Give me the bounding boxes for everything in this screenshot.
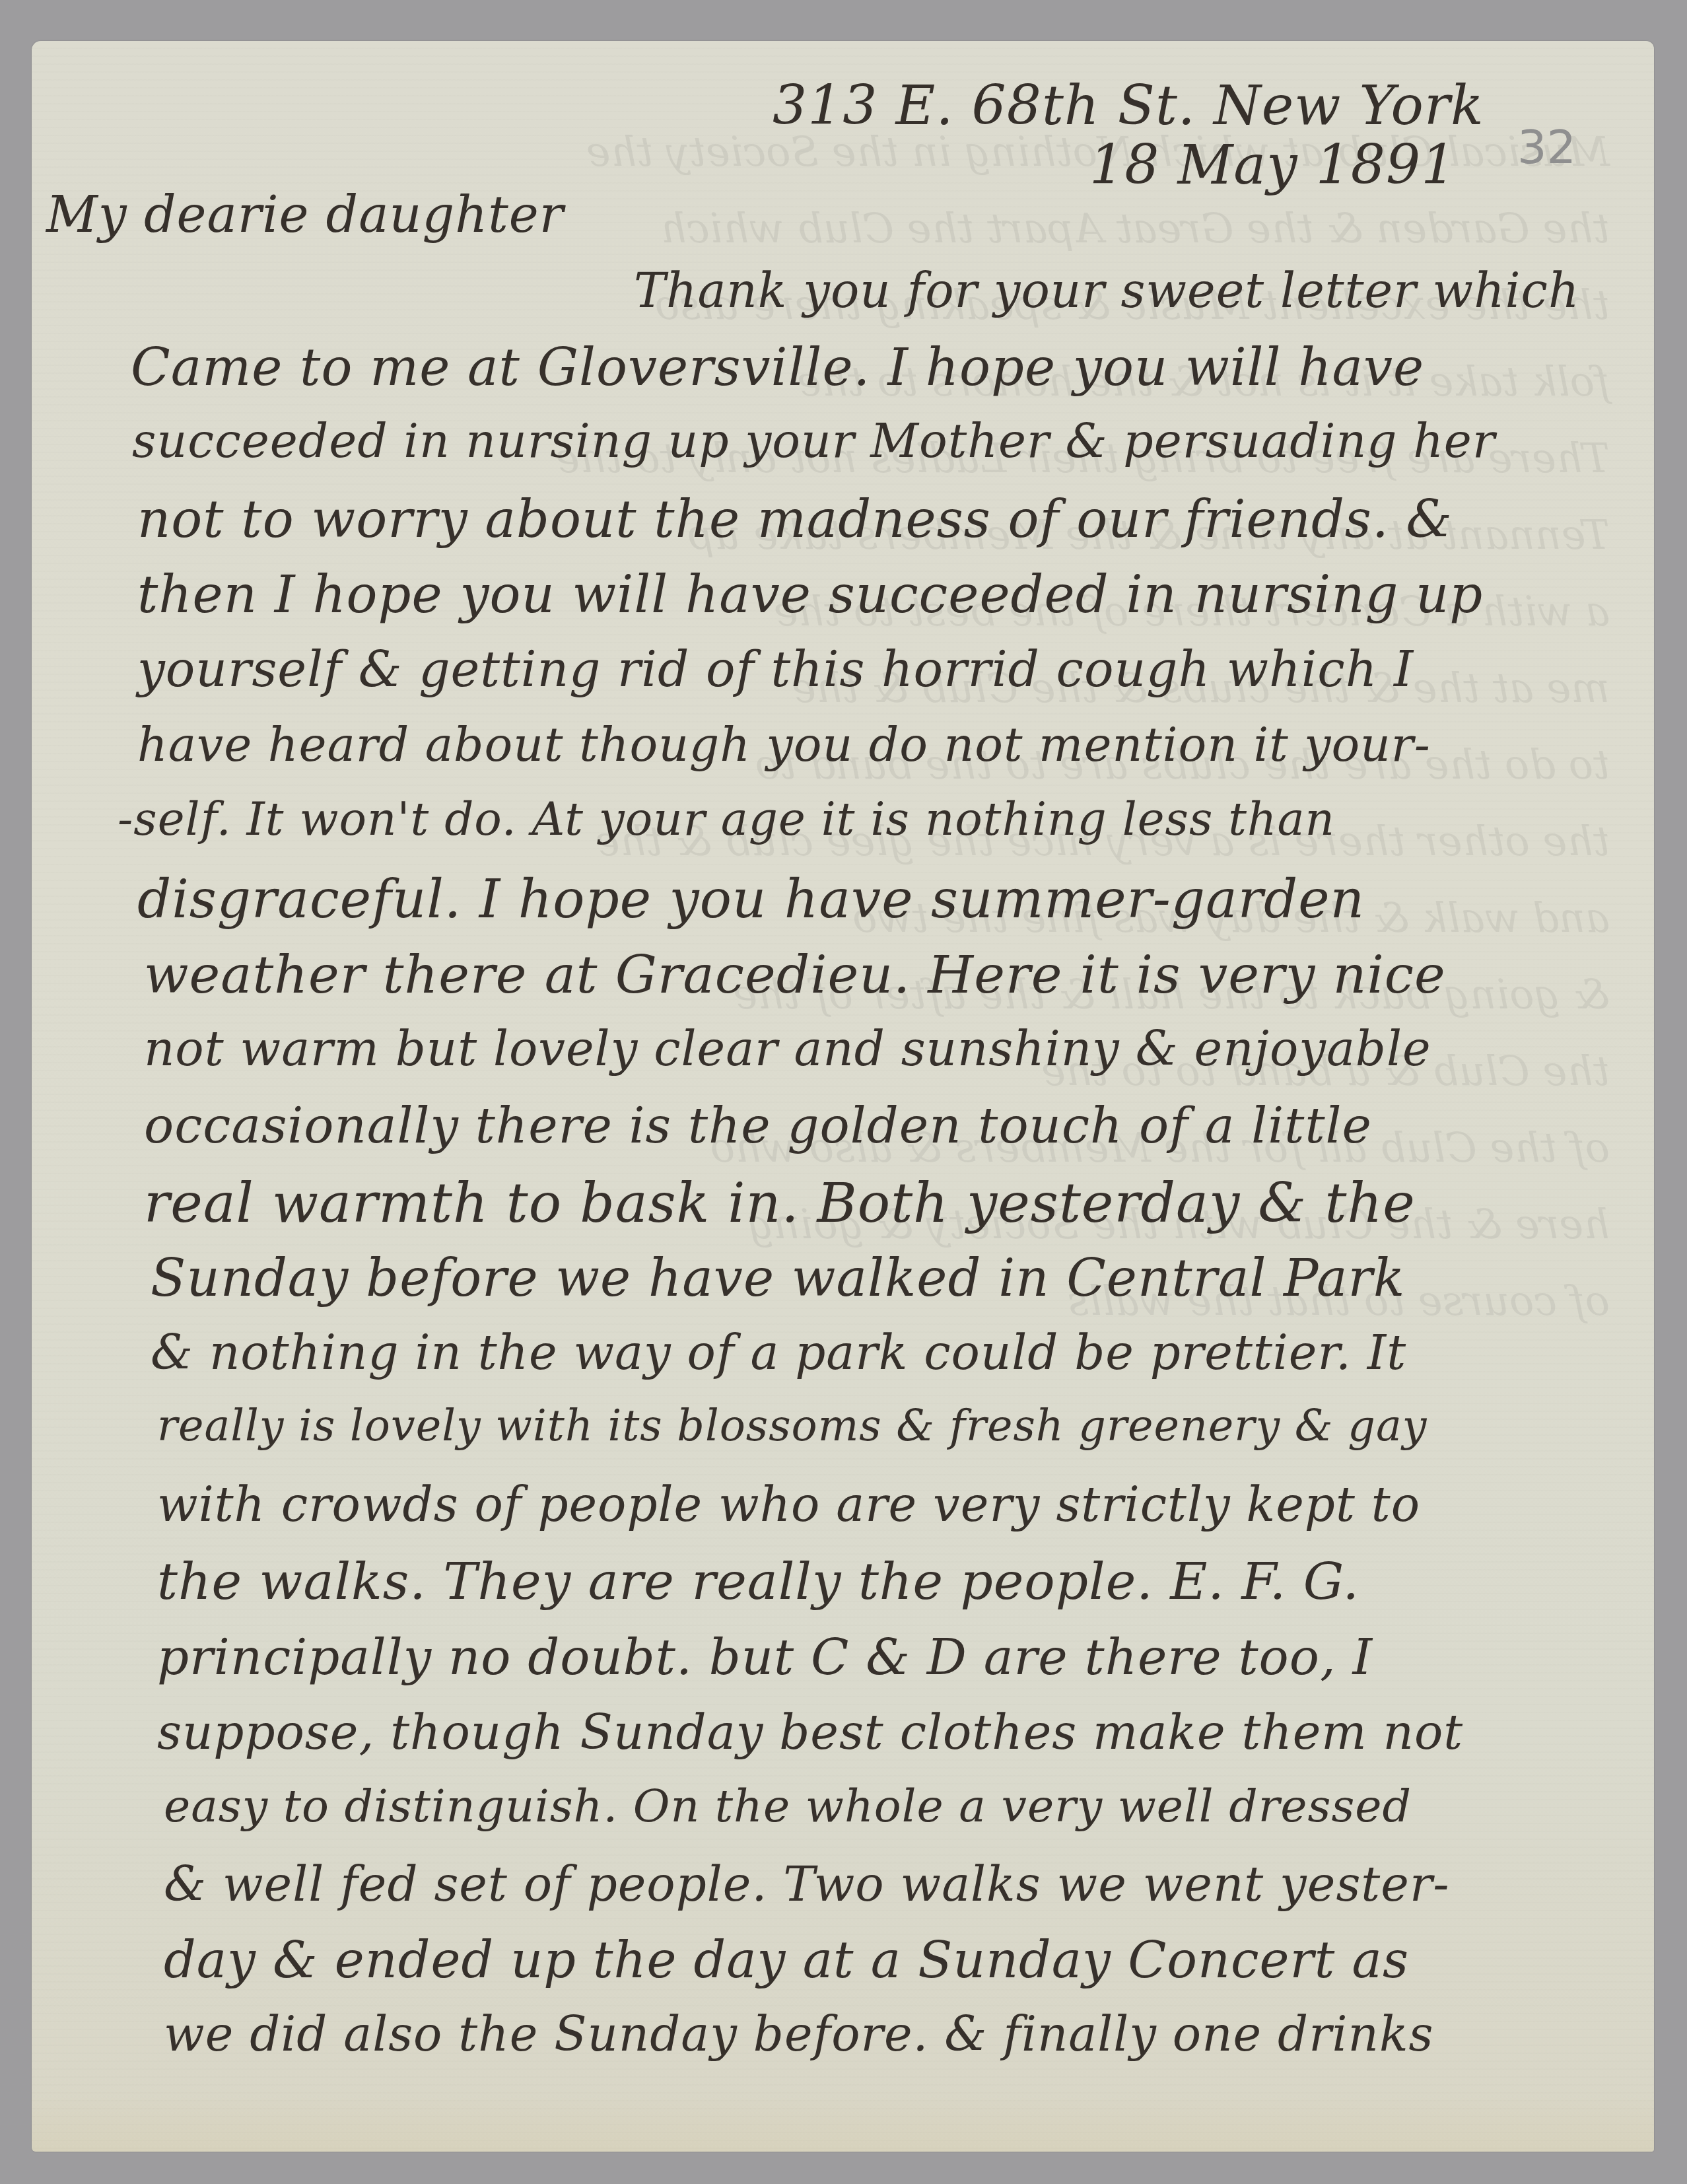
letter-line-23: day & ended up the day at a Sunday Conce… (164, 1935, 1409, 1985)
letter-line-11: not warm but lovely clear and sunshiny &… (144, 1025, 1431, 1073)
letter-line-16: really is lovely with its blossoms & fre… (157, 1405, 1427, 1448)
letter-address: 313 E. 68th St. New York (773, 79, 1484, 133)
letter-line-3: succeeded in nursing up your Mother & pe… (132, 417, 1496, 464)
letter-line-1: Thank you for your sweet letter which (634, 267, 1579, 314)
letter-line-17: with crowds of people who are very stric… (157, 1481, 1420, 1528)
letter-line-21: easy to distinguish. On the whole a very… (164, 1784, 1412, 1829)
letter-page: Musical Club at which Nothing in the Soc… (32, 41, 1654, 2152)
letter-line-22: & well fed set of people. Two walks we w… (164, 1860, 1450, 1908)
folio-number: 32 (1517, 120, 1576, 174)
letter-line-2: Came to me at Gloversville. I hope you w… (131, 342, 1424, 394)
letter-line-13: real warmth to bask in. Both yesterday &… (144, 1177, 1416, 1231)
letter-line-19: principally no doubt. but C & D are ther… (157, 1633, 1373, 1682)
letter-line-12: occasionally there is the golden touch o… (144, 1101, 1372, 1150)
letter-line-10: weather there at Gracedieu. Here it is v… (144, 949, 1446, 1001)
letter-line-9: disgraceful. I hope you have summer-gard… (137, 873, 1365, 926)
letter-date: 18 May 1891 (1089, 139, 1456, 193)
letter-line-15: & nothing in the way of a park could be … (151, 1329, 1406, 1376)
letter-line-8: -self. It won't do. At your age it is no… (118, 797, 1335, 843)
letter-line-24: we did also the Sunday before. & finally… (164, 2010, 1434, 2058)
letter-line-6: yourself & getting rid of this horrid co… (137, 645, 1414, 694)
letter-line-4: not to worry about the madness of our fr… (137, 494, 1453, 546)
letter-line-5: then I hope you will have succeeded in n… (137, 569, 1483, 621)
letter-line-7: have heard about though you do not menti… (137, 721, 1431, 768)
letter-line-14: Sunday before we have walked in Central … (151, 1253, 1405, 1304)
letter-line-20: suppose, though Sunday best clothes make… (157, 1708, 1463, 1756)
letter-salutation: My dearie daughter (46, 190, 564, 240)
letter-line-18: the walks. They are really the people. E… (157, 1557, 1360, 1607)
